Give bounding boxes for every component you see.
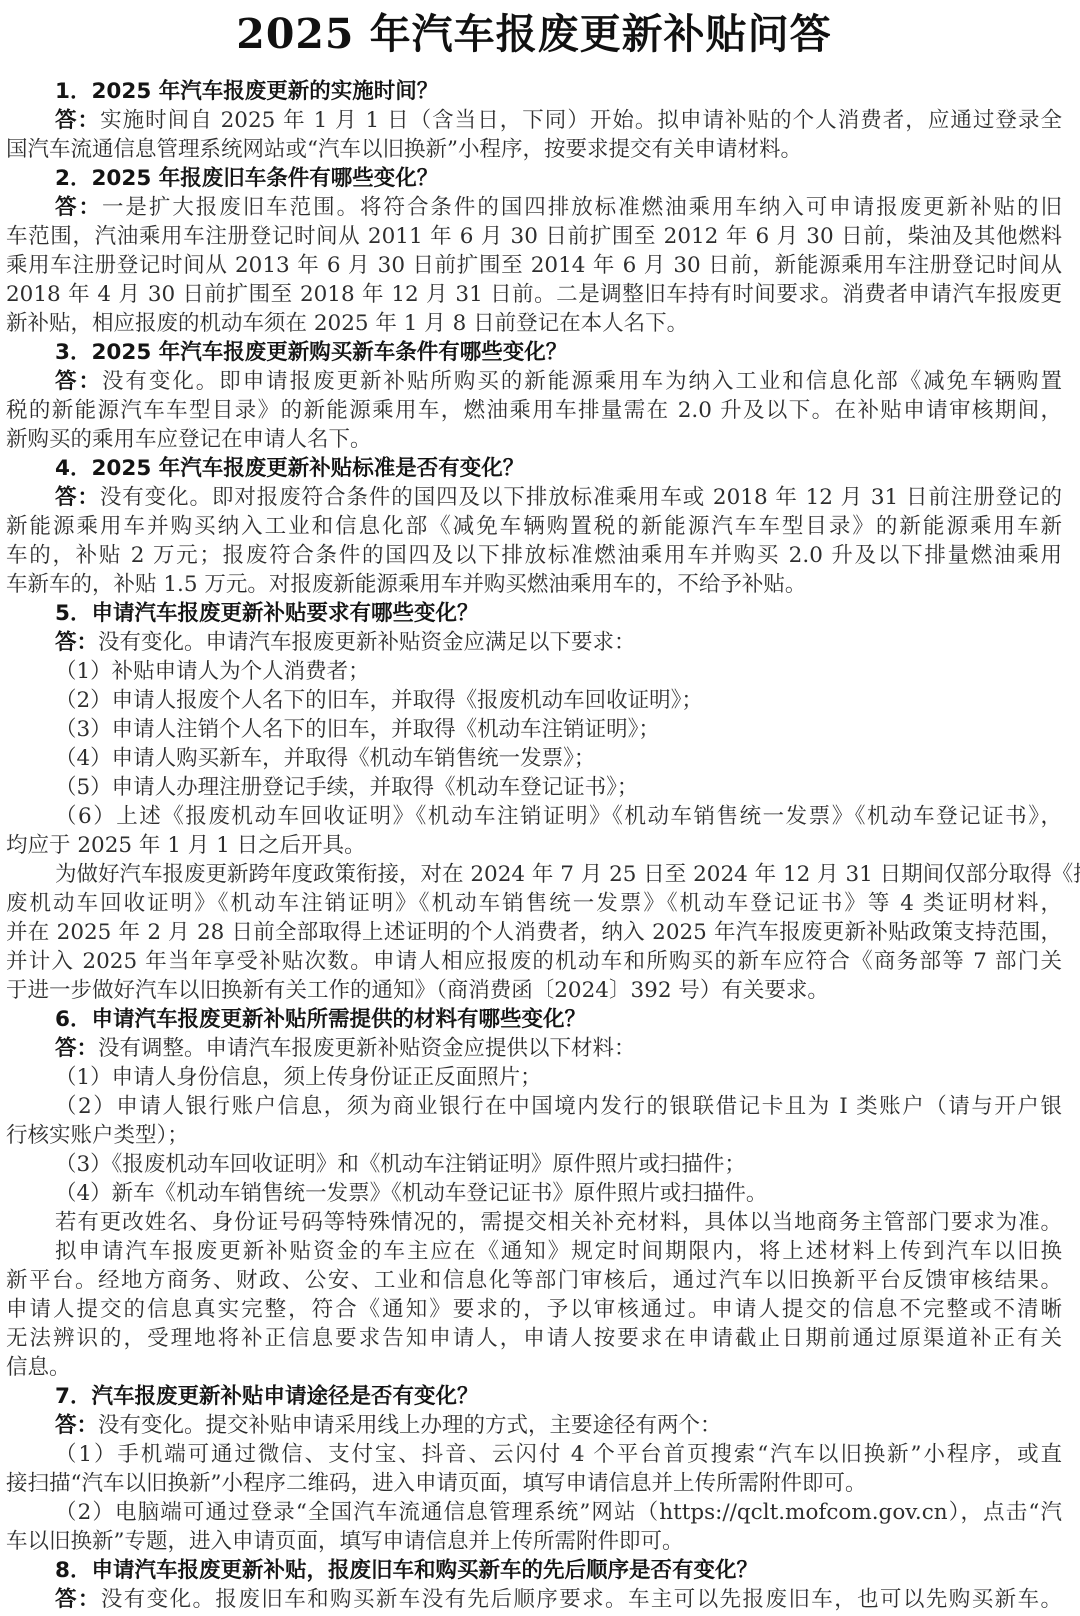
requirement-item-6: （6）上述《报废机动车回收证明》《机动车注销证明》《机动车销售统一发票》《机动车… — [6, 802, 1062, 831]
transition-paragraph-line: 废机动车回收证明》《机动车注销证明》《机动车销售统一发票》《机动车登记证书》等 … — [6, 889, 1062, 918]
answer-label: 答： — [55, 195, 102, 220]
material-item-4: （4）新车《机动车销售统一发票》《机动车登记证书》原件照片或扫描件。 — [6, 1179, 1062, 1208]
answer-line: 车的，补贴 2 万元；报废符合条件的国四及以下排放标准燃油乘用车并购买 2.0 … — [6, 541, 1062, 570]
answer-label: 答： — [55, 485, 100, 510]
question-heading: 8．申请汽车报废更新补贴，报废旧车和购买新车的先后顺序是否有变化？ — [6, 1556, 1062, 1585]
answer-line: 2018 年 4 月 30 日前扩围至 2018 年 12 月 31 日前。二是… — [6, 280, 1062, 309]
channel-item-mobile-cont: 接扫描“汽车以旧换新”小程序二维码，进入申请页面，填写申请信息并上传所需附件即可… — [6, 1469, 1062, 1498]
question-heading: 1．2025 年汽车报废更新的实施时间？ — [6, 77, 1062, 106]
requirement-item-3: （3）申请人注销个人名下的旧车，并取得《机动车注销证明》； — [6, 715, 1062, 744]
answer-text: 没有变化。报废旧车和购买新车没有先后顺序要求。车主可以先报废旧车，也可以先购买新… — [101, 1587, 1062, 1612]
answer-text: 没有变化。提交补贴申请采用线上办理的方式，主要途径有两个： — [98, 1413, 722, 1438]
answer-line: 新能源乘用车并购买纳入工业和信息化部《减免车辆购置税的新能源汽车车型目录》的新能… — [6, 512, 1062, 541]
review-paragraph-line: 无法辨识的，受理地将补正信息要求告知申请人，申请人按要求在申请截止日期前通过原渠… — [6, 1324, 1062, 1353]
answer-line: 答：一是扩大报废旧车范围。将符合条件的国四排放标准燃油乘用车纳入可申请报废更新补… — [6, 193, 1062, 222]
transition-paragraph-line: 并在 2025 年 2 月 28 日前全部取得上述证明的个人消费者，纳入 202… — [6, 918, 1062, 947]
requirement-item-4: （4）申请人购买新车，并取得《机动车销售统一发票》； — [6, 744, 1062, 773]
transition-paragraph-line: 并计入 2025 年当年享受补贴次数。申请人相应报废的机动车和所购买的新车应符合… — [6, 947, 1062, 976]
question-heading: 2．2025 年报废旧车条件有哪些变化？ — [6, 164, 1062, 193]
answer-line: 答：没有变化。即申请报废更新补贴所购买的新能源乘用车为纳入工业和信息化部《减免车… — [6, 367, 1062, 396]
answer-line: 乘用车注册登记时间从 2013 年 6 月 30 日前扩围至 2014 年 6 … — [6, 251, 1062, 280]
qa-section-3: 3．2025 年汽车报废更新购买新车条件有哪些变化？ 答：没有变化。即申请报废更… — [6, 338, 1062, 454]
review-paragraph-line: 申请人提交的信息真实完整，符合《通知》要求的，予以审核通过。申请人提交的信息不完… — [6, 1295, 1062, 1324]
question-heading: 6．申请汽车报废更新补贴所需提供的材料有哪些变化？ — [6, 1005, 1062, 1034]
answer-line: 车新车的，补贴 1.5 万元。对报废新能源乘用车并购买燃油乘用车的，不给予补贴。 — [6, 570, 1062, 599]
qa-section-7: 7．汽车报废更新补贴申请途径是否有变化？ 答：没有变化。提交补贴申请采用线上办理… — [6, 1382, 1062, 1556]
review-paragraph-line: 拟申请汽车报废更新补贴资金的车主应在《通知》规定时间期限内，将上述材料上传到汽车… — [6, 1237, 1062, 1266]
answer-text: 没有变化。申请汽车报废更新补贴资金应满足以下要求： — [98, 630, 636, 655]
material-item-3: （3）《报废机动车回收证明》和《机动车注销证明》原件照片或扫描件； — [6, 1150, 1062, 1179]
requirement-item-2: （2）申请人报废个人名下的旧车，并取得《报废机动车回收证明》； — [6, 686, 1062, 715]
question-heading: 4．2025 年汽车报废更新补贴标准是否有变化？ — [6, 454, 1062, 483]
question-heading: 5．申请汽车报废更新补贴要求有哪些变化？ — [6, 599, 1062, 628]
requirement-item-6-cont: 均应于 2025 年 1 月 1 日之后开具。 — [6, 831, 1062, 860]
answer-line: 答：没有变化。申请汽车报废更新补贴资金应满足以下要求： — [6, 628, 1062, 657]
channel-item-pc: （2）电脑端可通过登录“全国汽车流通信息管理系统”网站（https://qclt… — [6, 1498, 1062, 1527]
answer-label: 答： — [55, 369, 102, 394]
question-heading: 7．汽车报废更新补贴申请途径是否有变化？ — [6, 1382, 1062, 1411]
answer-text: 实施时间自 2025 年 1 月 1 日（含当日，下同）开始。拟申请补贴的个人消… — [100, 108, 1062, 133]
question-heading: 3．2025 年汽车报废更新购买新车条件有哪些变化？ — [6, 338, 1062, 367]
transition-paragraph-line: 于进一步做好汽车以旧换新有关工作的通知》（商消费函〔2024〕392 号）有关要… — [6, 976, 1062, 1005]
answer-line: 答：没有变化。提交补贴申请采用线上办理的方式，主要途径有两个： — [6, 1411, 1062, 1440]
material-item-2-cont: 行核实账户类型）； — [6, 1121, 1062, 1150]
answer-text: 没有调整。申请汽车报废更新补贴资金应提供以下材料： — [98, 1036, 636, 1061]
answer-text: 没有变化。即申请报废更新补贴所购买的新能源乘用车为纳入工业和信息化部《减免车辆购… — [102, 369, 1062, 394]
answer-line: 答：没有变化。即对报废符合条件的国四及以下排放标准乘用车或 2018 年 12 … — [6, 483, 1062, 512]
qa-section-1: 1．2025 年汽车报废更新的实施时间？ 答：实施时间自 2025 年 1 月 … — [6, 77, 1062, 164]
answer-line: 车范围，汽油乘用车注册登记时间从 2011 年 6 月 30 日前扩围至 201… — [6, 222, 1062, 251]
qa-section-6: 6．申请汽车报废更新补贴所需提供的材料有哪些变化？ 答：没有调整。申请汽车报废更… — [6, 1005, 1062, 1382]
answer-label: 答： — [55, 108, 100, 133]
transition-paragraph-line: 为做好汽车报废更新跨年度政策衔接，对在 2024 年 7 月 25 日至 202… — [6, 860, 1062, 889]
answer-label: 答： — [55, 630, 98, 655]
answer-text: 一是扩大报废旧车范围。将符合条件的国四排放标准燃油乘用车纳入可申请报废更新补贴的… — [102, 195, 1062, 220]
channel-item-pc-cont: 车以旧换新”专题，进入申请页面，填写申请信息并上传所需附件即可。 — [6, 1527, 1062, 1556]
document-body: 1．2025 年汽车报废更新的实施时间？ 答：实施时间自 2025 年 1 月 … — [6, 77, 1062, 1614]
requirement-item-1: （1）补贴申请人为个人消费者； — [6, 657, 1062, 686]
requirement-item-5: （5）申请人办理注册登记手续，并取得《机动车登记证书》； — [6, 773, 1062, 802]
qa-section-5: 5．申请汽车报废更新补贴要求有哪些变化？ 答：没有变化。申请汽车报废更新补贴资金… — [6, 599, 1062, 1005]
answer-line: 答：实施时间自 2025 年 1 月 1 日（含当日，下同）开始。拟申请补贴的个… — [6, 106, 1062, 135]
qa-section-8: 8．申请汽车报废更新补贴，报废旧车和购买新车的先后顺序是否有变化？ 答：没有变化… — [6, 1556, 1062, 1614]
answer-line: 新购买的乘用车应登记在申请人名下。 — [6, 425, 1062, 454]
material-item-1: （1）申请人身份信息，须上传身份证正反面照片； — [6, 1063, 1062, 1092]
answer-line: 答：没有变化。报废旧车和购买新车没有先后顺序要求。车主可以先报废旧车，也可以先购… — [6, 1585, 1062, 1614]
qa-section-4: 4．2025 年汽车报废更新补贴标准是否有变化？ 答：没有变化。即对报废符合条件… — [6, 454, 1062, 599]
answer-text: 没有变化。即对报废符合条件的国四及以下排放标准乘用车或 2018 年 12 月 … — [100, 485, 1062, 510]
answer-line: 答：没有调整。申请汽车报废更新补贴资金应提供以下材料： — [6, 1034, 1062, 1063]
review-paragraph-line: 信息。 — [6, 1353, 1062, 1382]
answer-line: 新补贴，相应报废的机动车须在 2025 年 1 月 8 日前登记在本人名下。 — [6, 309, 1062, 338]
answer-label: 答： — [55, 1413, 98, 1438]
document-title: 2025 年汽车报废更新补贴问答 — [6, 9, 1062, 59]
channel-item-mobile: （1）手机端可通过微信、支付宝、抖音、云闪付 4 个平台首页搜索“汽车以旧换新”… — [6, 1440, 1062, 1469]
special-case-note: 若有更改姓名、身份证号码等特殊情况的，需提交相关补充材料，具体以当地商务主管部门… — [6, 1208, 1062, 1237]
answer-line: 国汽车流通信息管理系统网站或“汽车以旧换新”小程序，按要求提交有关申请材料。 — [6, 135, 1062, 164]
answer-line: 税的新能源汽车车型目录》的新能源乘用车，燃油乘用车排量需在 2.0 升及以下。在… — [6, 396, 1062, 425]
qa-section-2: 2．2025 年报废旧车条件有哪些变化？ 答：一是扩大报废旧车范围。将符合条件的… — [6, 164, 1062, 338]
answer-label: 答： — [55, 1587, 101, 1612]
material-item-2: （2）申请人银行账户信息，须为商业银行在中国境内发行的银联借记卡且为 I 类账户… — [6, 1092, 1062, 1121]
answer-label: 答： — [55, 1036, 98, 1061]
review-paragraph-line: 新平台。经地方商务、财政、公安、工业和信息化等部门审核后，通过汽车以旧换新平台反… — [6, 1266, 1062, 1295]
